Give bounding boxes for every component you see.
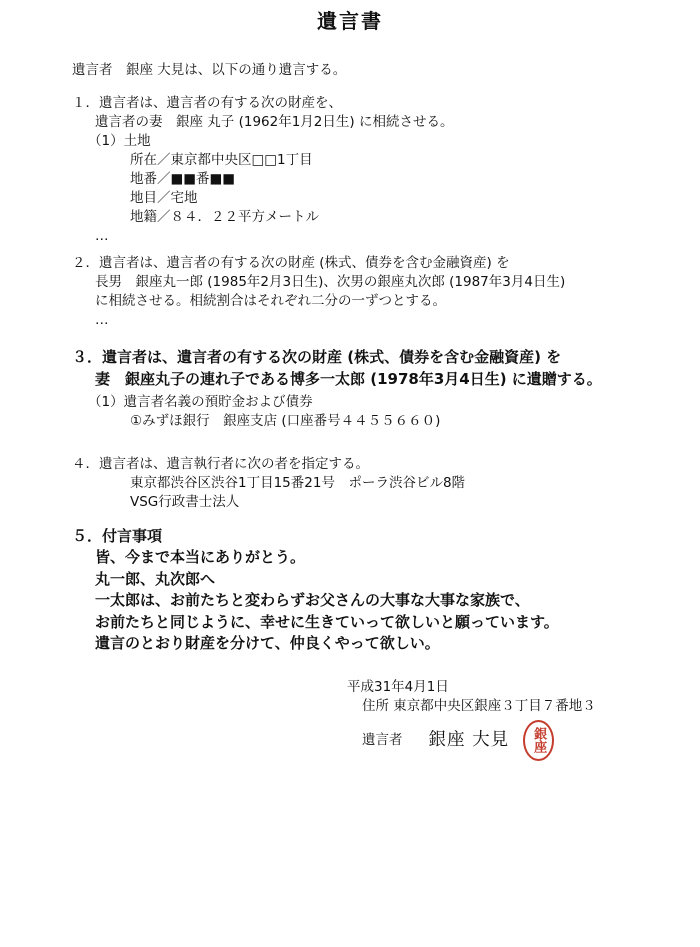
section1-detail-location: 所在／東京都中央区□□1丁目 <box>130 151 680 170</box>
closing-date: 平成31年4月1日 <box>347 678 700 697</box>
section5-message-line-3: 一太郎は、お前たちと変わらずお父さんの大事な大事な家族で、 <box>95 590 680 612</box>
section2-heading: ２．遺言者は、遺言者の有する次の財産 (株式、債券を含む金融資産) を <box>72 254 680 273</box>
section1-detail-land-area: 地籍／８４．２２平方メートル <box>130 208 680 227</box>
testator-address: 住所 東京都中央区銀座３丁目７番地３ <box>362 697 700 716</box>
testator-role-label: 遺言者 <box>362 731 403 750</box>
section4-heading: ４．遺言者は、遺言執行者に次の者を指定する。 <box>72 455 680 474</box>
section3-item-label: （1）遺言者名義の預貯金および債券 <box>88 393 680 412</box>
document-title: 遺言書 <box>0 0 700 34</box>
section1-detail-land-category: 地目／宅地 <box>130 189 680 208</box>
section3-heading: ３．遺言者は、遺言者の有する次の財産 (株式、債券を含む金融資産) を <box>72 346 680 368</box>
testator-name: 銀座 大見 <box>429 731 510 750</box>
section5-message-line-4: お前たちと同じように、幸せに生きていって欲しいと願っています。 <box>95 612 680 634</box>
section2-share-line: に相続させる。相続割合はそれぞれ二分の一ずつとする。 <box>95 292 680 311</box>
section5-message-line-2: 丸一郎、丸次郎へ <box>95 569 680 591</box>
hanko-seal-text: 銀座 <box>532 727 545 753</box>
hanko-seal-icon: 銀座 <box>523 720 554 761</box>
section4-executor-address: 東京都渋谷区渋谷1丁目15番21号 ポーラ渋谷ビル8階 <box>130 474 680 493</box>
section2-ellipsis: … <box>95 311 680 330</box>
section5-heading: ５．付言事項 <box>72 525 680 547</box>
section4-executor-name: VSG行政書士法人 <box>130 493 680 512</box>
section1-heading: １．遺言者は、遺言者の有する次の財産を、 <box>72 94 680 113</box>
document-body: 遺言者 銀座 大見は、以下の通り遺言する。 １．遺言者は、遺言者の有する次の財産… <box>72 61 680 655</box>
section1-item-label: （1）土地 <box>88 132 680 151</box>
section1-detail-lot-number: 地番／■■番■■ <box>130 170 680 189</box>
testator-intro-line: 遺言者 銀座 大見は、以下の通り遺言する。 <box>72 61 680 80</box>
signature-row: 遺言者 銀座 大見 銀座 <box>362 720 700 761</box>
will-document-page: 遺言書 遺言者 銀座 大見は、以下の通り遺言する。 １．遺言者は、遺言者の有する… <box>0 0 700 947</box>
section1-beneficiary: 遺言者の妻 銀座 丸子 (1962年1月2日生) に相続させる。 <box>95 113 680 132</box>
closing-block: 平成31年4月1日 住所 東京都中央区銀座３丁目７番地３ <box>347 678 700 716</box>
section1-ellipsis: … <box>95 227 680 246</box>
section3-bank-account-detail: ①みずほ銀行 銀座支店 (口座番号４４５５６６０) <box>130 412 680 431</box>
section2-heirs-line: 長男 銀座丸一郎 (1985年2月3日生)、次男の銀座丸次郎 (1987年3月4… <box>95 273 680 292</box>
section3-legatee-line: 妻 銀座丸子の連れ子である博多一太郎 (1978年3月4日生) に遺贈する。 <box>95 368 680 390</box>
section5-message-line-1: 皆、今まで本当にありがとう。 <box>95 547 680 569</box>
section5-message-line-5: 遺言のとおり財産を分けて、仲良くやって欲しい。 <box>95 633 680 655</box>
